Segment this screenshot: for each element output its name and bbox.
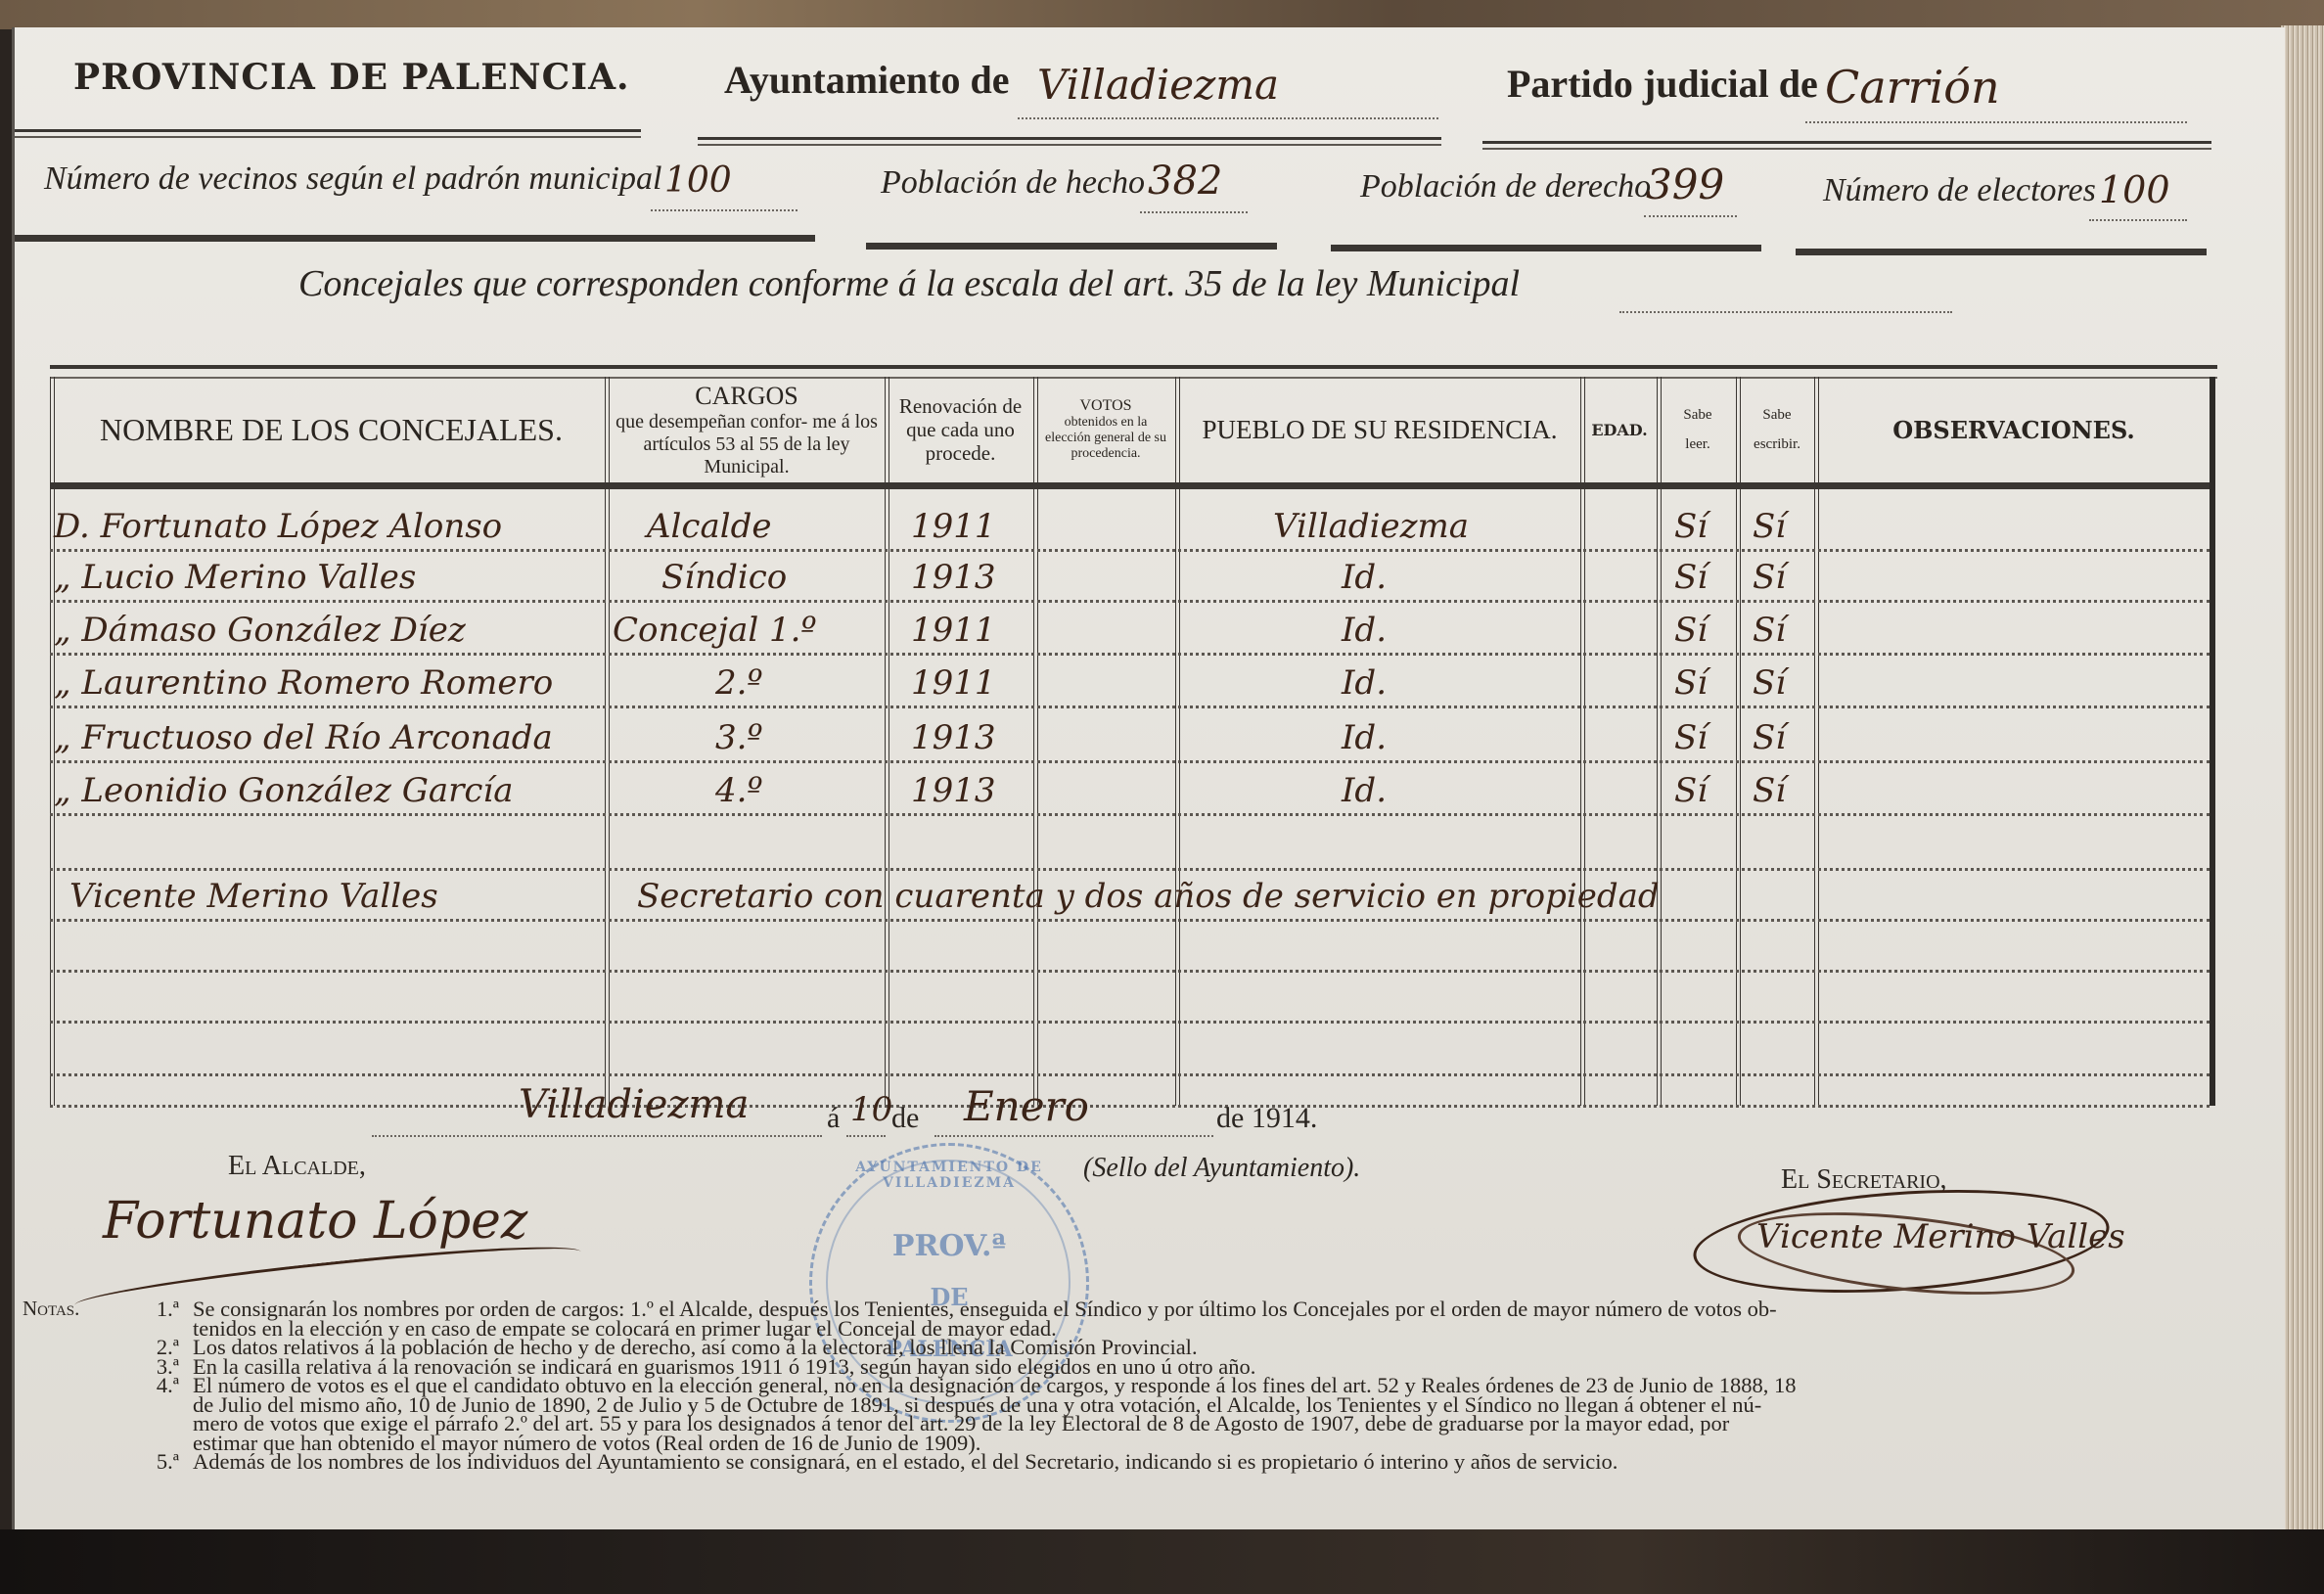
cell-leer: Sí bbox=[1674, 718, 1708, 757]
vecinos-label: Número de vecinos según el padrón munici… bbox=[44, 160, 661, 198]
cell-pueblo: Id. bbox=[1342, 663, 1387, 703]
concejales-table: NOMBRE DE LOS CONCEJALES. CARGOS que des… bbox=[50, 365, 2217, 1104]
cell-renovacion: 1911 bbox=[911, 663, 996, 703]
cell-escribir: Sí bbox=[1753, 507, 1786, 546]
col-header-leer: Sabe leer. bbox=[1662, 377, 1734, 482]
table-row bbox=[50, 922, 2210, 973]
cell-nombre: Vicente Merino Valles bbox=[69, 877, 438, 916]
cell-pueblo: Id. bbox=[1342, 718, 1387, 757]
cell-cargo-secretario: Secretario con cuarenta y dos años de se… bbox=[637, 877, 1660, 916]
table-row: „ Dámaso González Díez Concejal 1.º 1911… bbox=[50, 603, 2210, 656]
table-row bbox=[50, 816, 2210, 871]
table-row: „ Lucio Merino Valles Síndico 1913 Id. S… bbox=[50, 552, 2210, 603]
cell-escribir: Sí bbox=[1753, 718, 1786, 757]
cell-cargo: Alcalde bbox=[647, 507, 772, 546]
electores-label: Número de electores bbox=[1823, 172, 2096, 209]
table-right-frame bbox=[2210, 377, 2215, 1106]
ayuntamiento-field: Villadiezma bbox=[1018, 67, 1438, 119]
divider bbox=[15, 235, 815, 242]
cell-pueblo: Id. bbox=[1342, 771, 1387, 810]
cell-pueblo: Id. bbox=[1342, 558, 1387, 597]
date-month-field: Enero bbox=[934, 1096, 1213, 1137]
hecho-label: Población de hecho bbox=[881, 164, 1145, 202]
col-header-observaciones: OBSERVACIONES. bbox=[1819, 377, 2209, 482]
cell-renovacion: 1913 bbox=[911, 558, 996, 597]
table-row: „ Leonidio González García 4.º 1913 Id. … bbox=[50, 763, 2210, 816]
table-row: „ Fructuoso del Río Arconada 3.º 1913 Id… bbox=[50, 708, 2210, 763]
col-header-votos: VOTOS obtenidos en la elección general d… bbox=[1038, 377, 1173, 482]
cell-cargo: 3.º bbox=[715, 718, 762, 757]
note-item: 5.ª Además de los nombres de los individ… bbox=[54, 1452, 2256, 1472]
page-stack-edge bbox=[2281, 25, 2324, 1552]
book-edge-bottom bbox=[0, 1529, 2324, 1594]
derecho-label: Población de derecho bbox=[1360, 168, 1651, 205]
partido-label: Partido judicial de bbox=[1507, 61, 1818, 107]
cell-escribir: Sí bbox=[1753, 663, 1786, 703]
cell-nombre: „ Dámaso González Díez bbox=[54, 611, 466, 650]
cell-pueblo: Id. bbox=[1342, 611, 1387, 650]
date-place: Villadiezma bbox=[519, 1082, 749, 1127]
divider bbox=[1482, 141, 2211, 150]
notes-label: Notas. bbox=[23, 1299, 79, 1319]
col-header-cargos-title: CARGOS bbox=[695, 382, 797, 411]
alcalde-signature: Fortunato López bbox=[103, 1192, 527, 1251]
col-header-cargos-sub: que desempeñan confor- me á los artículo… bbox=[610, 411, 884, 478]
cell-renovacion: 1913 bbox=[911, 718, 996, 757]
partido-field: Carrión bbox=[1805, 70, 2187, 123]
book-edge bbox=[0, 0, 2324, 29]
cell-nombre: „ Lucio Merino Valles bbox=[54, 558, 416, 597]
cell-escribir: Sí bbox=[1753, 611, 1786, 650]
divider bbox=[866, 243, 1277, 250]
electores-field: 100 bbox=[2089, 174, 2187, 221]
province-title: PROVINCIA DE PALENCIA. bbox=[73, 57, 630, 98]
table-row: „ Laurentino Romero Romero 2.º 1911 Id. … bbox=[50, 656, 2210, 708]
cell-leer: Sí bbox=[1674, 507, 1708, 546]
ayuntamiento-label: Ayuntamiento de bbox=[724, 57, 1009, 103]
cell-nombre: „ Fructuoso del Río Arconada bbox=[54, 718, 553, 757]
date-place-field: Villadiezma bbox=[372, 1094, 822, 1137]
header-rule bbox=[50, 482, 2210, 489]
ayuntamiento-value: Villadiezma bbox=[1037, 61, 1279, 109]
col-header-nombre: NOMBRE DE LOS CONCEJALES. bbox=[60, 377, 603, 482]
cell-leer: Sí bbox=[1674, 558, 1708, 597]
cell-renovacion: 1913 bbox=[911, 771, 996, 810]
cell-escribir: Sí bbox=[1753, 771, 1786, 810]
vecinos-field: 100 bbox=[651, 164, 797, 211]
cell-nombre: D. Fortunato López Alonso bbox=[54, 507, 502, 546]
cell-leer: Sí bbox=[1674, 611, 1708, 650]
hecho-value: 382 bbox=[1148, 159, 1222, 204]
concejales-line: Concejales que corresponden conforme á l… bbox=[298, 262, 1520, 305]
cell-pueblo: Villadiezma bbox=[1273, 507, 1469, 546]
col-header-pueblo: PUEBLO DE SU RESIDENCIA. bbox=[1180, 377, 1579, 482]
sello-label: (Sello del Ayuntamiento). bbox=[1083, 1153, 1360, 1184]
table-row bbox=[50, 1024, 2210, 1076]
cell-escribir: Sí bbox=[1753, 558, 1786, 597]
hecho-field: 382 bbox=[1140, 166, 1248, 213]
note-number: 5.ª bbox=[54, 1452, 193, 1472]
concejales-field bbox=[1619, 301, 1952, 313]
date-day-field: 10 bbox=[846, 1096, 886, 1137]
date-day: 10 bbox=[850, 1090, 892, 1129]
col-header-renovacion: Renovación de que cada uno procede. bbox=[889, 377, 1031, 482]
cell-cargo: Concejal 1.º bbox=[613, 611, 816, 650]
notes-section: Notas. 1.ª Se consignarán los nombres po… bbox=[54, 1299, 2256, 1472]
document-page: PROVINCIA DE PALENCIA. Ayuntamiento de V… bbox=[12, 27, 2285, 1529]
electores-value: 100 bbox=[2099, 168, 2170, 211]
derecho-field: 399 bbox=[1644, 170, 1737, 217]
derecho-value: 399 bbox=[1646, 160, 1724, 208]
col-header-cargos: CARGOS que desempeñan confor- me á los a… bbox=[610, 377, 884, 482]
col-header-votos-sub: obtenidos en la elección general de su p… bbox=[1038, 415, 1173, 462]
cell-leer: Sí bbox=[1674, 771, 1708, 810]
date-year: de 1914. bbox=[1216, 1102, 1317, 1135]
col-header-edad: EDAD. bbox=[1584, 377, 1655, 482]
cell-nombre: „ Leonidio González García bbox=[54, 771, 514, 810]
date-a: á bbox=[827, 1102, 840, 1135]
cell-cargo: Síndico bbox=[661, 558, 787, 597]
col-header-votos-title: VOTOS bbox=[1079, 397, 1131, 415]
divider bbox=[15, 129, 641, 138]
divider bbox=[1331, 245, 1761, 251]
cell-renovacion: 1911 bbox=[911, 507, 996, 546]
partido-value: Carrión bbox=[1825, 61, 2000, 114]
date-month: Enero bbox=[964, 1082, 1089, 1130]
cell-nombre: „ Laurentino Romero Romero bbox=[54, 663, 553, 703]
table-row: D. Fortunato López Alonso Alcalde 1911 V… bbox=[50, 489, 2210, 552]
secretario-signature: Vicente Merino Valles bbox=[1756, 1217, 2125, 1256]
cell-renovacion: 1911 bbox=[911, 611, 996, 650]
table-row bbox=[50, 973, 2210, 1024]
col-header-escribir: Sabe escribir. bbox=[1741, 377, 1813, 482]
note-text: Además de los nombres de los individuos … bbox=[193, 1452, 1618, 1472]
stamp-ring-text: AYUNTAMIENTO DE VILLADIEZMA bbox=[812, 1160, 1086, 1191]
date-de: de bbox=[891, 1102, 919, 1135]
vecinos-value: 100 bbox=[664, 160, 732, 201]
cell-cargo: 4.º bbox=[715, 771, 762, 810]
table-row: Vicente Merino Valles Secretario con cua… bbox=[50, 871, 2210, 922]
divider bbox=[1796, 249, 2207, 255]
note-number: 4.ª bbox=[54, 1376, 193, 1395]
cell-cargo: 2.º bbox=[715, 663, 762, 703]
cell-leer: Sí bbox=[1674, 663, 1708, 703]
stamp-center-top: PROV.ª bbox=[812, 1229, 1086, 1263]
divider bbox=[698, 137, 1441, 146]
alcalde-label: El Alcalde, bbox=[228, 1151, 366, 1182]
